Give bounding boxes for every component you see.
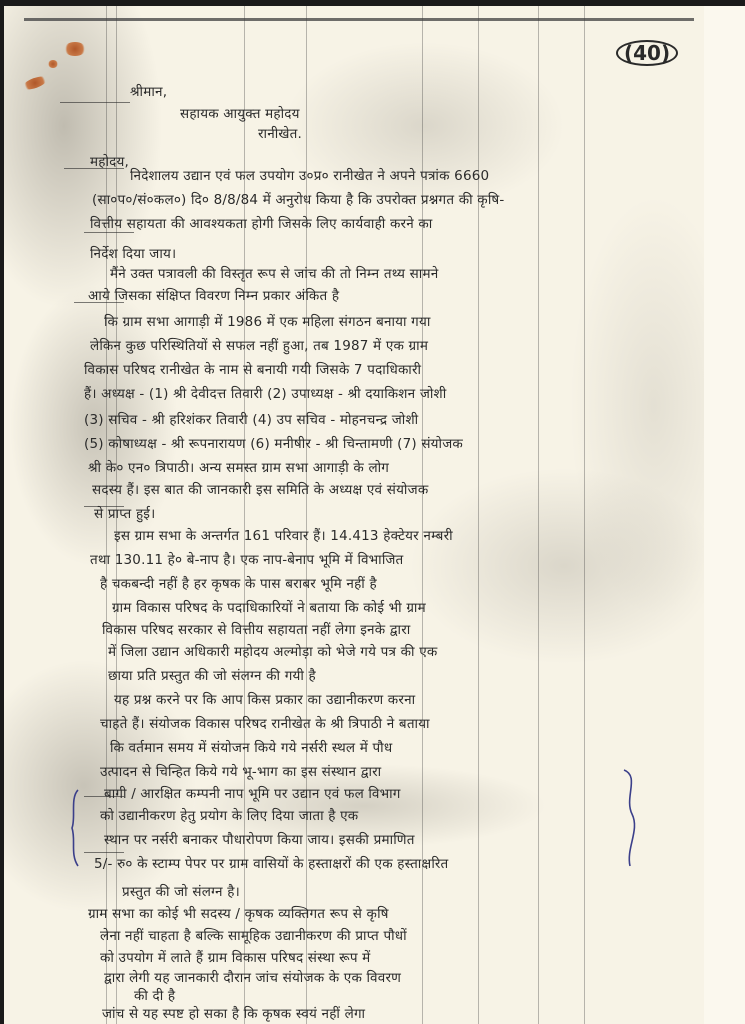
body-line: छाया प्रति प्रस्तुत की जो संलग्न की गयी …: [108, 666, 316, 684]
body-line: इस ग्राम सभा के अन्तर्गत 161 परिवार हैं।…: [114, 526, 453, 544]
body-line: लेना नहीं चाहता है बल्कि सामूहिक उद्यानी…: [100, 926, 407, 944]
body-line: को उपयोग में लाते हैं ग्राम विकास परिषद …: [100, 948, 370, 966]
underline-rule: [84, 232, 134, 233]
body-line: मैंने उक्त पत्रावली की विस्तृत रूप से जा…: [110, 264, 438, 282]
column-line: [478, 6, 479, 1024]
body-line: लेकिन कुछ परिस्थितियों से सफल नहीं हुआ, …: [90, 336, 428, 354]
underline-rule: [74, 302, 124, 303]
salutation-line-3: रानीखेत.: [258, 124, 302, 142]
body-line: में जिला उद्यान अधिकारी महोदय अल्मोड़ा क…: [108, 642, 437, 660]
body-line: कि वर्तमान समय में संयोजन किये गये नर्सर…: [110, 738, 392, 756]
body-line: जांच से यह स्पष्ट हो सका है कि कृषक स्वय…: [102, 1004, 365, 1022]
page-right-margin: [704, 6, 745, 1024]
page-number: (40): [616, 40, 678, 66]
rust-stain: [48, 60, 58, 68]
body-line: (सा०प०/सं०कल०) दि० 8/8/84 में अनुरोध किय…: [92, 190, 504, 208]
body-line: को उद्यानीकरण हेतु प्रयोग के लिए दिया जा…: [100, 806, 358, 824]
blue-brace-mark-right: [620, 768, 642, 868]
body-line: ग्राम विकास परिषद के पदाधिकारियों ने बता…: [112, 598, 426, 616]
page-number-value: 40: [633, 41, 661, 65]
body-line: की दी है: [134, 986, 175, 1004]
body-line: कि ग्राम सभा आगाड़ी में 1986 में एक महिल…: [104, 312, 431, 330]
body-line: बागी / आरक्षित कम्पनी नाप भूमि पर उद्यान…: [104, 784, 401, 802]
body-line: है चकबन्दी नहीं है हर कृषक के पास बराबर …: [100, 574, 377, 592]
body-line: उत्पादन से चिन्हित किये गये भू-भाग का इस…: [100, 762, 381, 780]
body-line: ग्राम सभा का कोई भी सदस्य / कृषक व्यक्ति…: [88, 904, 389, 922]
body-line: हैं। अध्यक्ष - (1) श्री देवीदत्त तिवारी …: [84, 384, 446, 402]
body-line: विकास परिषद रानीखेत के नाम से बनायी गयी …: [84, 360, 421, 378]
underline-rule: [64, 168, 124, 169]
body-line: श्री के० एन० त्रिपाठी। अन्य समस्त ग्राम …: [88, 458, 389, 476]
underline-rule: [84, 796, 124, 797]
underline-rule: [84, 852, 124, 853]
body-line: (5) कोषाध्यक्ष - श्री रूपनारायण (6) मनीष…: [84, 434, 463, 452]
body-line: वित्तीय सहायता की आवश्यकता होगी जिसके लि…: [90, 214, 432, 232]
underline-rule: [84, 506, 124, 507]
blue-brace-mark-left: [68, 788, 84, 868]
top-rule-line: [24, 18, 694, 21]
column-line: [538, 6, 539, 1024]
body-line: स्थान पर नर्सरी बनाकर पौधारोपण किया जाय।…: [104, 830, 415, 848]
body-line: यह प्रश्न करने पर कि आप किस प्रकार का उद…: [114, 690, 415, 708]
salutation-line-2: सहायक आयुक्त महोदय: [180, 104, 300, 122]
body-line: (3) सचिव - श्री हरिशंकर तिवारी (4) उप सच…: [84, 410, 418, 428]
body-line: सदस्य हैं। इस बात की जानकारी इस समिति के…: [92, 480, 428, 498]
rust-stain: [64, 42, 86, 56]
underline-rule: [60, 102, 130, 103]
scanned-document-page: (40) श्रीमान, सहायक आयुक्त महोदय रानीखेत…: [4, 6, 745, 1024]
body-line: 5/- रु० के स्टाम्प पेपर पर ग्राम वासियों…: [94, 854, 448, 872]
body-line: चाहते हैं। संयोजक विकास परिषद रानीखेत के…: [100, 714, 430, 732]
body-line: द्वारा लेगी यह जानकारी दौरान जांच संयोजक…: [104, 968, 401, 986]
body-line: तथा 130.11 हे० बे-नाप है। एक नाप-बेनाप भ…: [90, 550, 403, 568]
salutation-line-1: श्रीमान,: [130, 82, 167, 100]
body-line: प्रस्तुत की जो संलग्न है।: [122, 882, 240, 900]
body-line: निदेशालय उद्यान एवं फल उपयोग उ०प्र० रानी…: [130, 166, 489, 184]
body-line: विकास परिषद सरकार से वित्तीय सहायता नहीं…: [102, 620, 410, 638]
body-line: आये जिसका संक्षिप्त विवरण निम्न प्रकार अ…: [88, 286, 339, 304]
body-line: निर्देश दिया जाय।: [90, 244, 176, 262]
column-line: [584, 6, 585, 1024]
